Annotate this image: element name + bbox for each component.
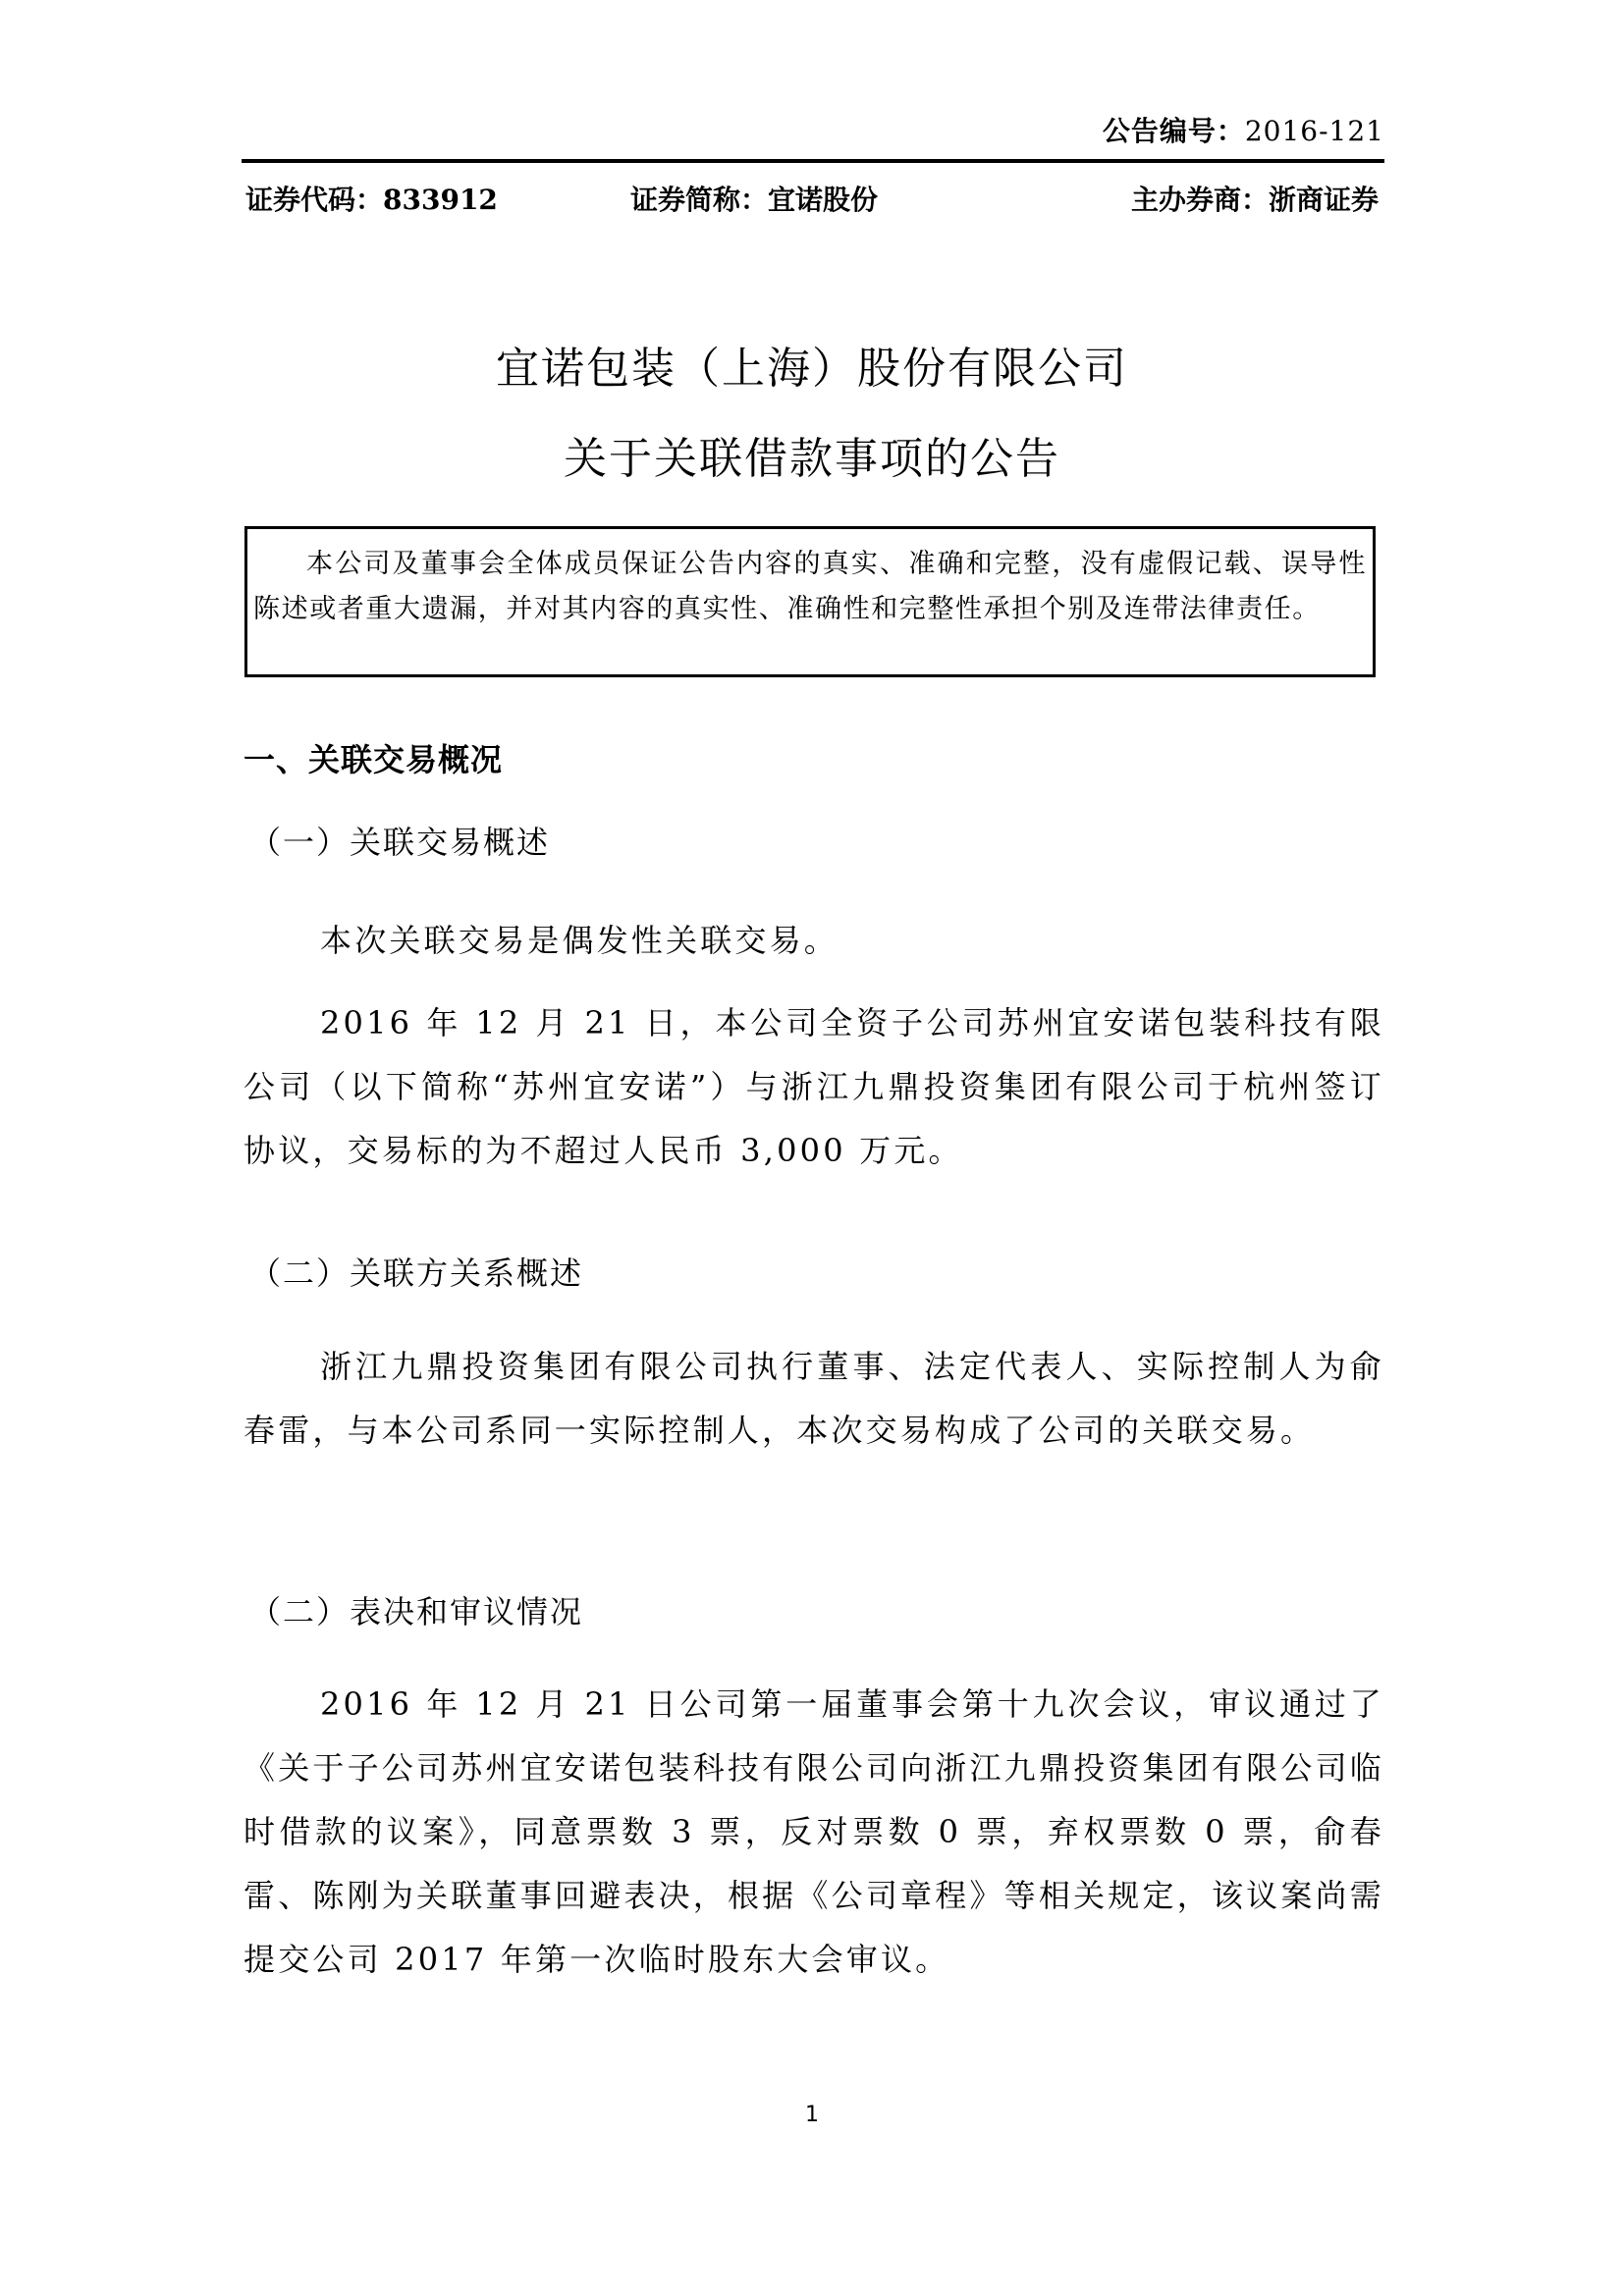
- sponsoring-broker-value: 浙商证券: [1269, 184, 1379, 216]
- security-code-label: 证券代码：: [245, 184, 383, 216]
- company-title: 宜诺包装（上海）股份有限公司: [0, 342, 1624, 397]
- page-number: 1: [0, 2101, 1624, 2130]
- paragraph: 2016 年 12 月 21 日，本公司全资子公司苏州宜安诺包装科技有限公司（以…: [244, 991, 1384, 1183]
- announcement-number: 公告编号：2016-121: [1103, 114, 1384, 149]
- subsection-heading: （二）表决和审议情况: [249, 1590, 583, 1633]
- announcement-title: 关于关联借款事项的公告: [0, 432, 1624, 487]
- section-heading: 一、关联交易概况: [244, 738, 503, 781]
- security-info-row: 证券代码：833912 证券简称：宜诺股份 主办券商：浙商证券: [245, 181, 1384, 220]
- disclaimer-text: 本公司及董事会全体成员保证公告内容的真实、准确和完整，没有虚假记载、误导性陈述或…: [247, 529, 1373, 632]
- paragraph: 本次关联交易是偶发性关联交易。: [244, 909, 1384, 973]
- subsection-heading: （二）关联方关系概述: [249, 1252, 583, 1295]
- sponsoring-broker: 主办券商：浙商证券: [1131, 181, 1379, 220]
- security-abbreviation-value: 宜诺股份: [768, 184, 878, 216]
- subsection-heading: （一）关联交易概述: [249, 821, 550, 864]
- security-code-value: 833912: [383, 184, 498, 216]
- paragraph: 浙江九鼎投资集团有限公司执行董事、法定代表人、实际控制人为俞春雷，与本公司系同一…: [244, 1335, 1384, 1463]
- paragraph: 2016 年 12 月 21 日公司第一届董事会第十九次会议，审议通过了《关于子…: [244, 1673, 1384, 1992]
- header-divider: [242, 159, 1384, 163]
- announcement-number-value: 2016-121: [1245, 115, 1384, 147]
- announcement-number-label: 公告编号：: [1103, 115, 1245, 147]
- security-code: 证券代码：833912: [245, 181, 498, 220]
- security-abbreviation-label: 证券简称：: [630, 184, 768, 216]
- sponsoring-broker-label: 主办券商：: [1131, 184, 1269, 216]
- security-abbreviation: 证券简称：宜诺股份: [630, 181, 878, 220]
- disclaimer-box: 本公司及董事会全体成员保证公告内容的真实、准确和完整，没有虚假记载、误导性陈述或…: [244, 526, 1376, 677]
